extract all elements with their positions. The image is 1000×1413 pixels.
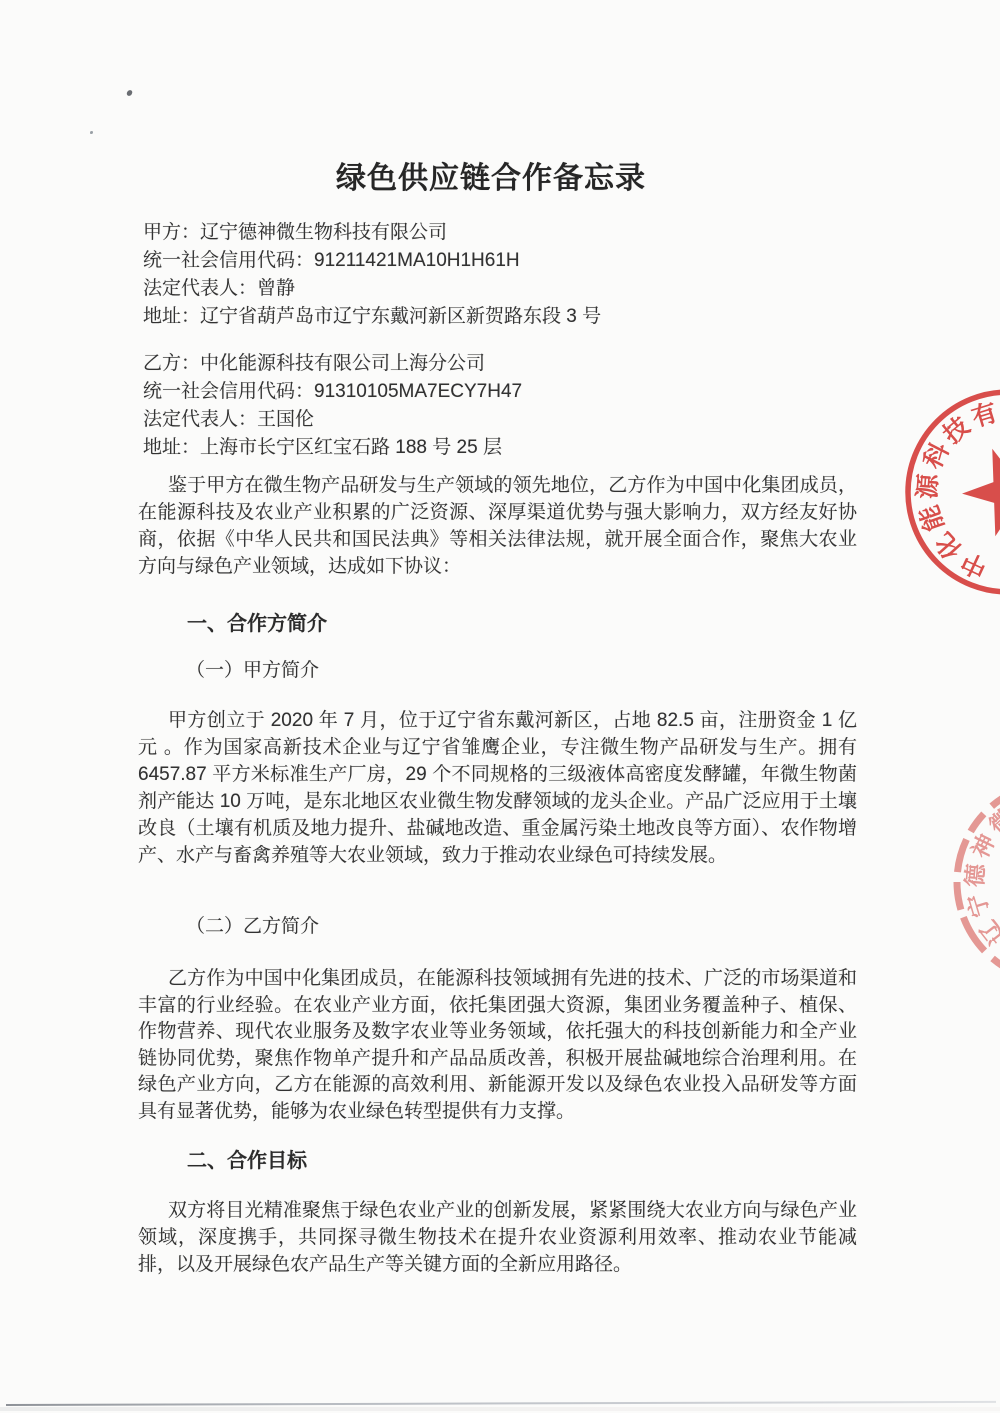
party-a-legal-rep-line: 法定代表人：曾静 <box>143 275 883 303</box>
round-seal-icon: 辽宁德神微生物科技有限公司 <box>925 750 1000 1014</box>
scan-speck <box>90 131 93 134</box>
document-title: 绿色供应链合作备忘录 <box>0 153 991 197</box>
party-b-legal-rep-line: 法定代表人：王国伦 <box>143 406 883 434</box>
party-b-credit-code-line: 统一社会信用代码：91310105MA7ECY7H47 <box>143 378 883 406</box>
svg-text:有: 有 <box>969 398 1000 432</box>
svg-text:能: 能 <box>914 502 950 535</box>
party-a-info-block: 甲方：辽宁德神微生物科技有限公司 统一社会信用代码：91211421MA10H1… <box>143 219 883 331</box>
party-a-name-line: 甲方：辽宁德神微生物科技有限公司 <box>143 219 883 247</box>
preamble-paragraph: 鉴于甲方在微生物产品研发与生产领域的领先地位，乙方作为中国中化集团成员，在能源科… <box>138 472 857 580</box>
section1-sub2-heading: （二）乙方简介 <box>186 911 319 938</box>
party-a-round-seal-stamp: 辽宁德神微生物科技有限公司 <box>925 750 1000 1014</box>
section1-sub1-heading: （一）甲方简介 <box>186 655 319 682</box>
cooperation-goals-paragraph: 双方将目光精准聚焦于绿色农业产业的创新发展，紧紧围绕大农业方向与绿色产业领域，深… <box>138 1197 857 1278</box>
party-a-intro-paragraph: 甲方创立于 2020 年 7 月，位于辽宁省东戴河新区，占地 82.5 亩，注册… <box>138 707 857 869</box>
svg-text:源: 源 <box>913 472 943 500</box>
svg-text:微: 微 <box>984 804 1000 839</box>
svg-text:中: 中 <box>957 547 992 583</box>
scan-edge-shadow <box>0 1407 1000 1411</box>
party-a-credit-code-line: 统一社会信用代码：91211421MA10H1H61H <box>143 247 883 275</box>
scan-speck <box>126 89 133 96</box>
section2-heading: 二、合作目标 <box>187 1144 307 1173</box>
scanned-document-page: 绿色供应链合作备忘录 甲方：辽宁德神微生物科技有限公司 统一社会信用代码：912… <box>0 0 1000 1413</box>
party-b-round-seal-stamp: 中化能源科技有限公司 <box>876 360 1000 624</box>
party-b-intro-paragraph: 乙方作为中国中化集团成员，在能源科技领域拥有先进的技术、广泛的市场渠道和丰富的行… <box>138 966 857 1125</box>
svg-text:德: 德 <box>961 862 989 888</box>
svg-text:神: 神 <box>967 830 1000 862</box>
party-a-address-line: 地址：辽宁省葫芦岛市辽宁东戴河新区新贺路东段 3 号 <box>143 303 883 331</box>
svg-text:宁: 宁 <box>963 891 995 920</box>
scan-edge-line <box>6 1401 996 1406</box>
scan-speck <box>275 398 277 400</box>
section1-heading: 一、合作方简介 <box>187 607 327 636</box>
party-b-address-line: 地址：上海市长宁区红宝石路 188 号 25 层 <box>143 434 883 462</box>
round-seal-icon: 中化能源科技有限公司 <box>876 360 1000 624</box>
party-b-info-block: 乙方：中化能源科技有限公司上海分公司 统一社会信用代码：91310105MA7E… <box>143 350 883 462</box>
party-b-name-line: 乙方：中化能源科技有限公司上海分公司 <box>143 350 883 378</box>
